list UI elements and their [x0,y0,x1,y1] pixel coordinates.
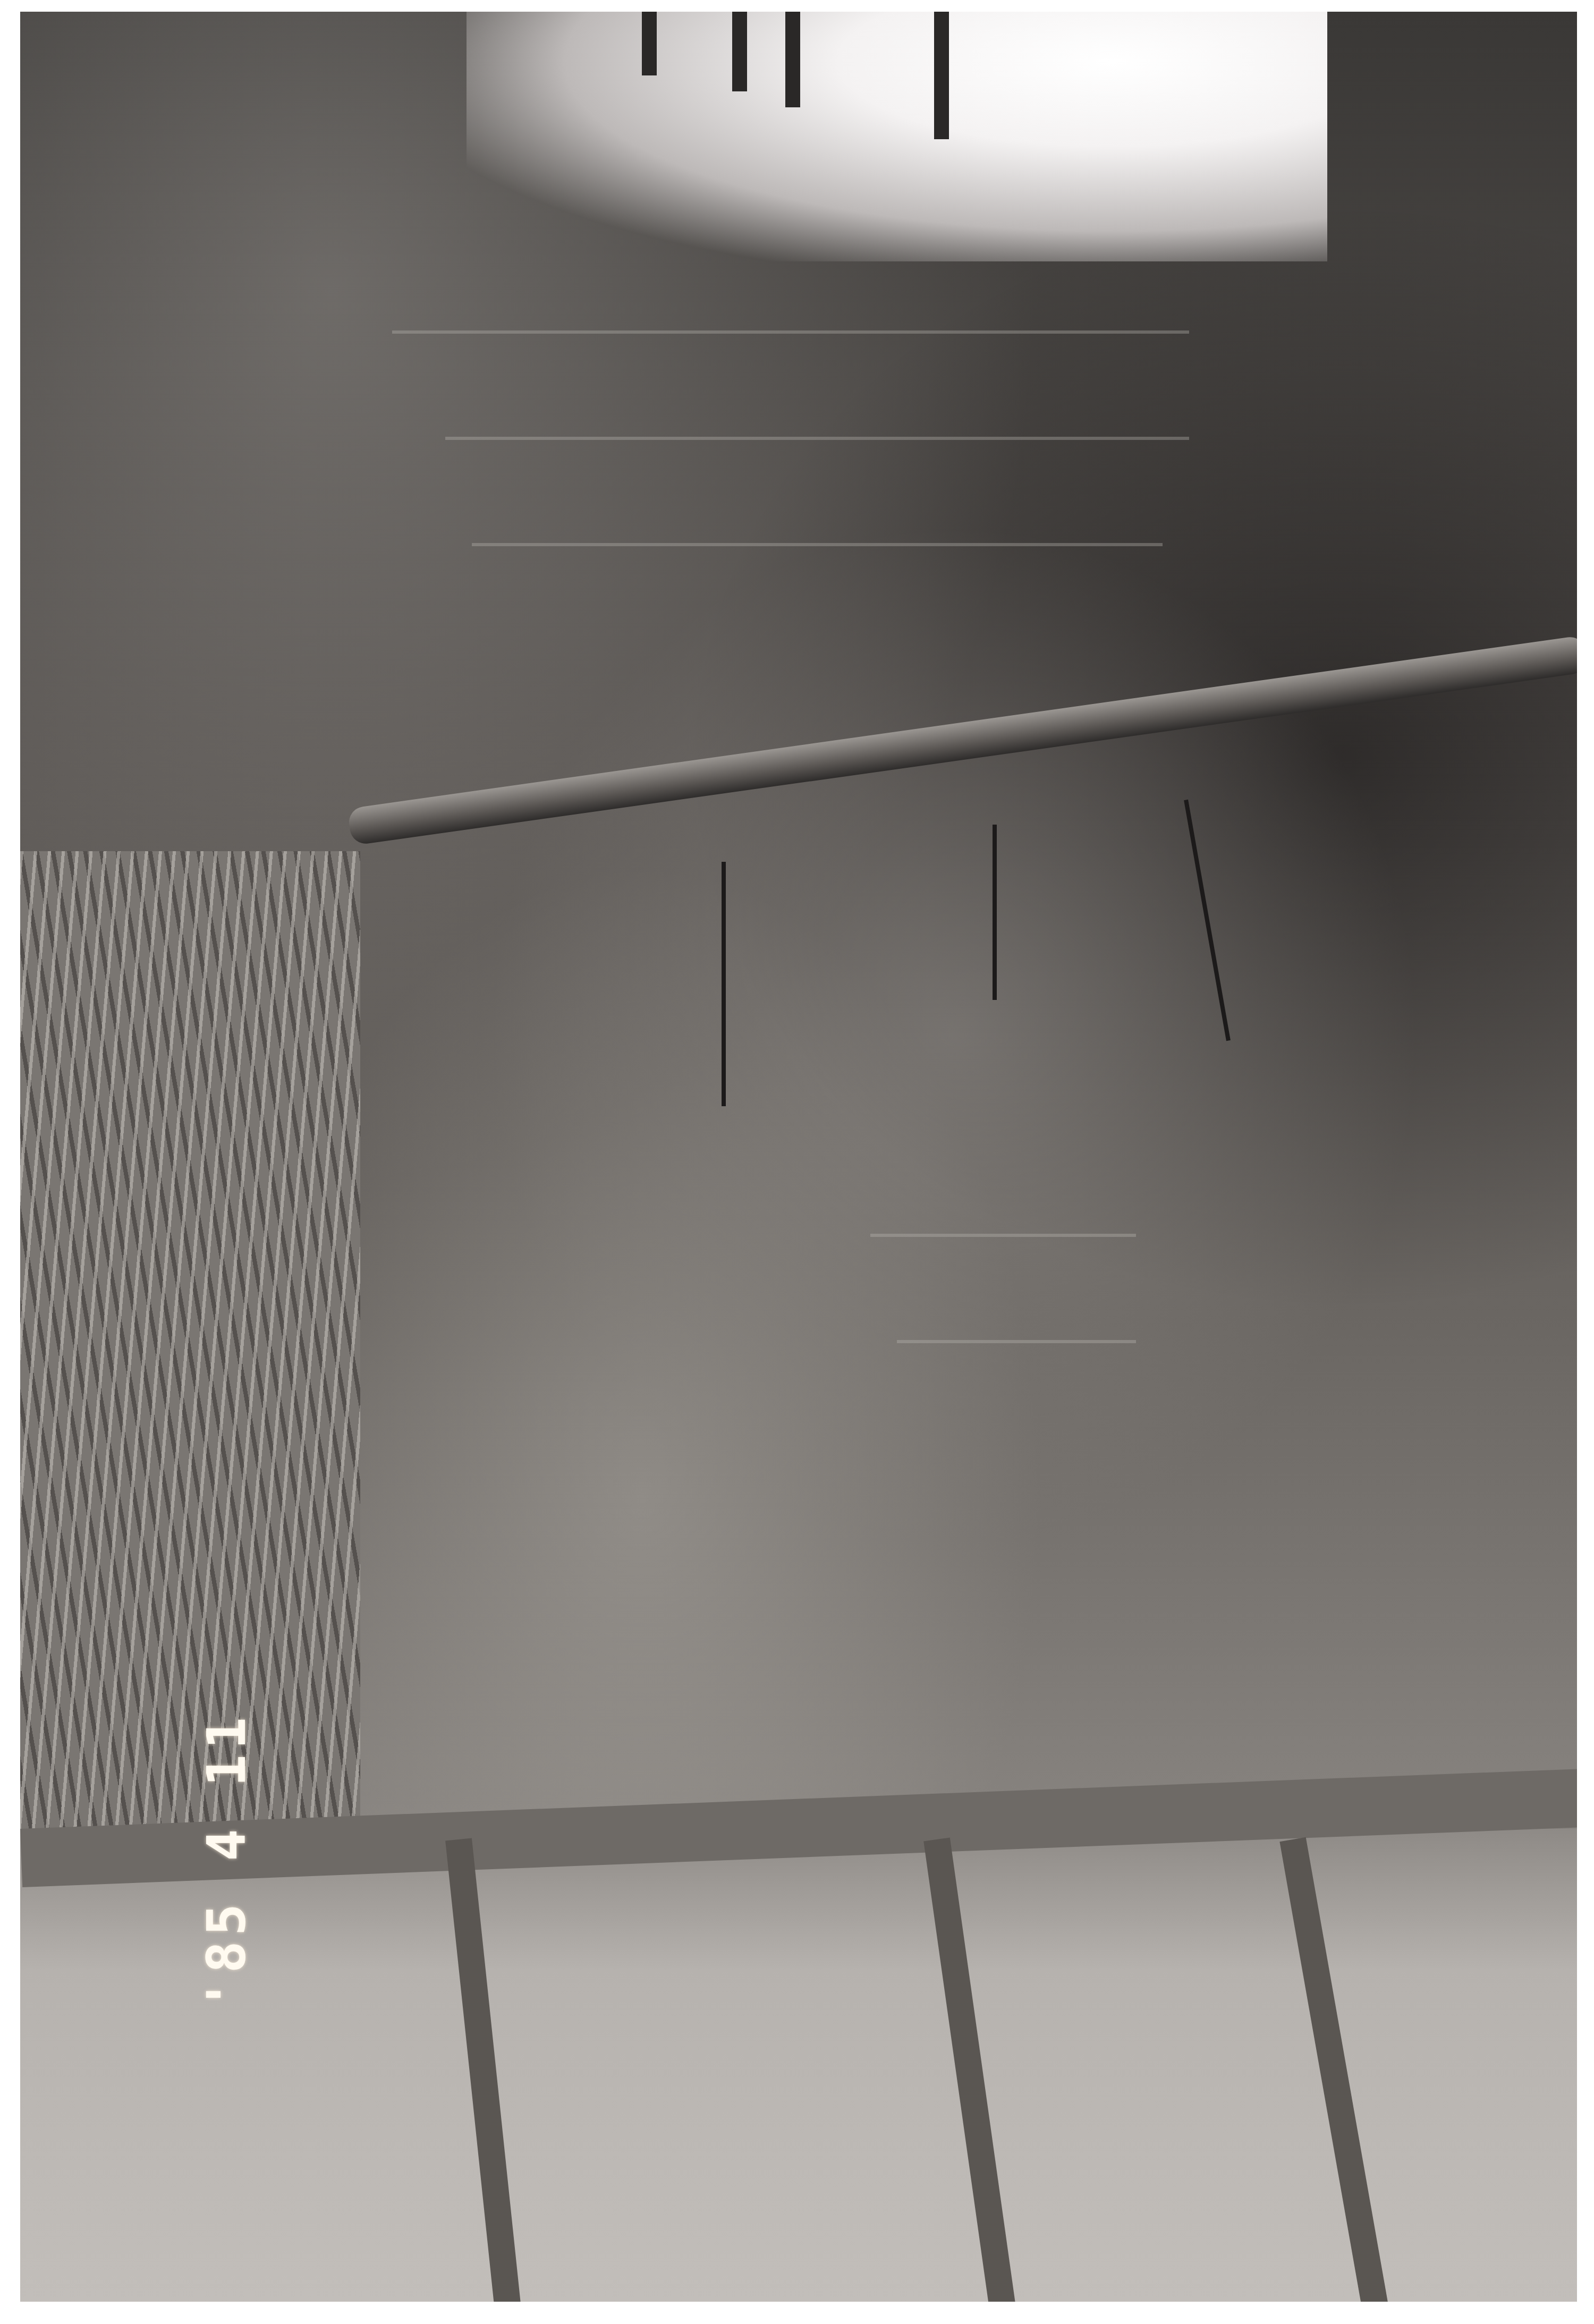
brick-course [445,437,1189,477]
date-stamp: '85 4 11 [196,1712,258,2011]
window-bar [642,12,657,75]
brick-course [392,330,1189,371]
photograph: '85 4 11 [20,12,1577,2302]
window-bar [934,12,949,139]
brick-course [472,543,1163,583]
drip-stain [993,825,997,1000]
brick-course [897,1340,1136,1380]
barred-window [467,12,1327,261]
brick-course [870,1234,1136,1274]
drip-stain [722,862,726,1106]
window-bar [732,12,747,91]
window-bar [785,12,800,107]
tangled-roots [20,851,360,1871]
